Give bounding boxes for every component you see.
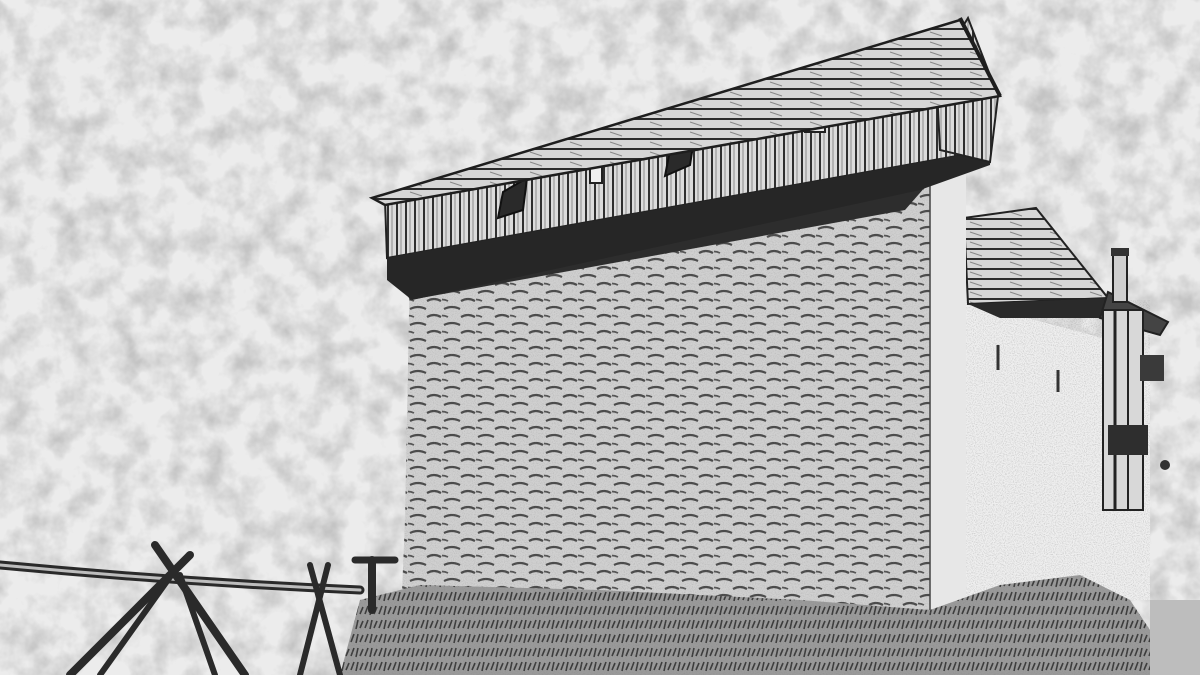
chimney xyxy=(1111,248,1129,302)
tower-illustration xyxy=(0,0,1200,675)
engraving-scene xyxy=(0,0,1200,675)
